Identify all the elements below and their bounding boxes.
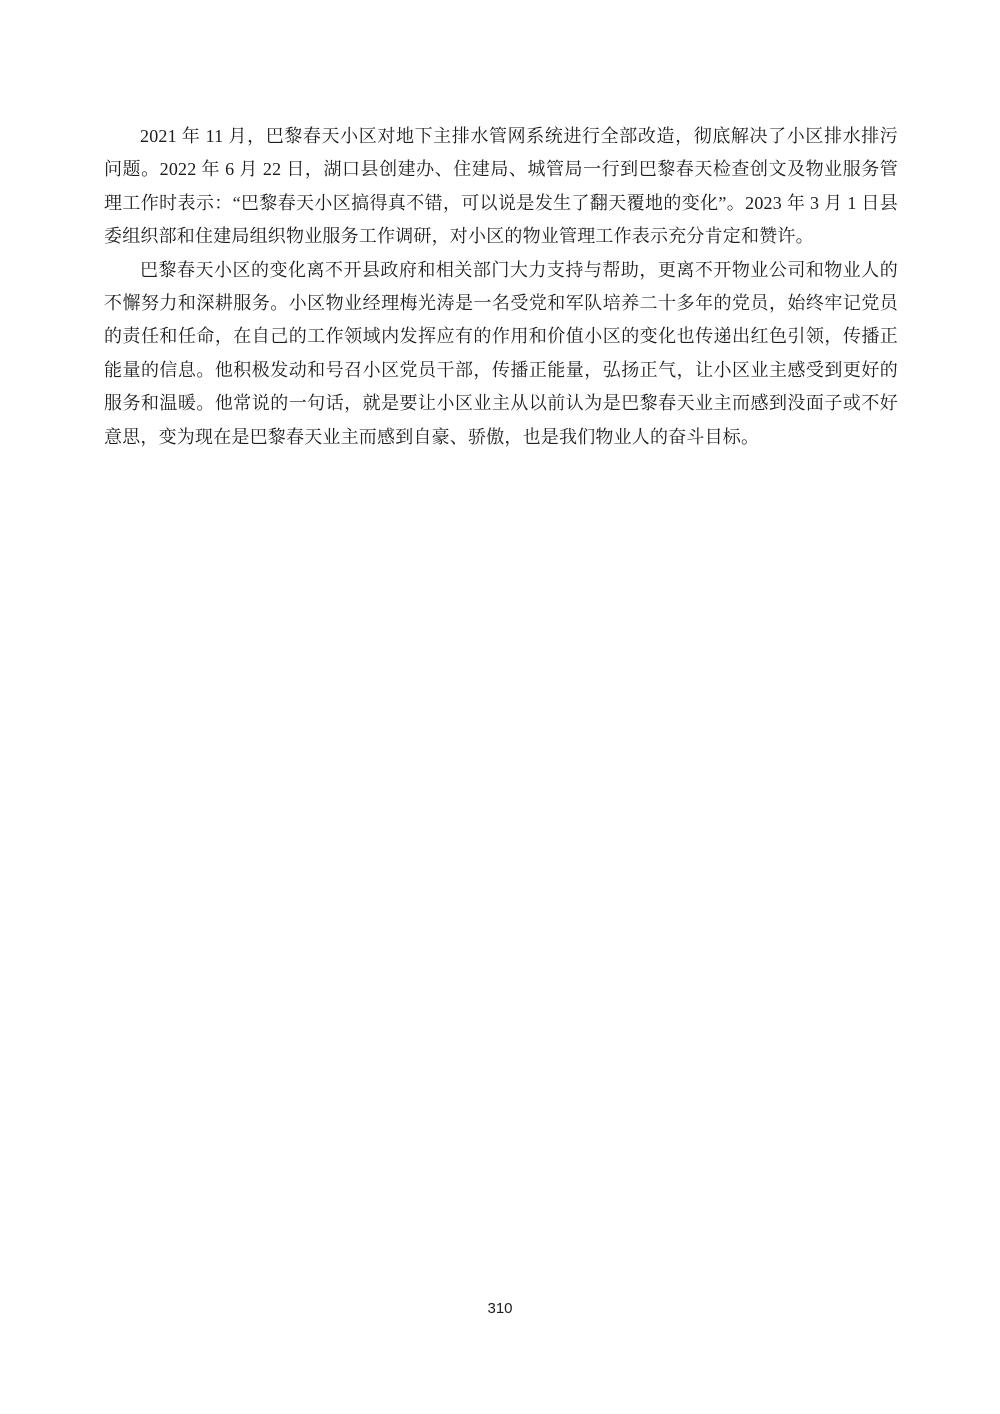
document-page: 2021 年 11 月，巴黎春天小区对地下主排水管网系统进行全部改造，彻底解决了… bbox=[0, 0, 1000, 1414]
page-number: 310 bbox=[0, 1300, 1000, 1317]
paragraph-community-change: 巴黎春天小区的变化离不开县政府和相关部门大力支持与帮助，更离不开物业公司和物业人… bbox=[104, 254, 898, 454]
document-body: 2021 年 11 月，巴黎春天小区对地下主排水管网系统进行全部改造，彻底解决了… bbox=[104, 120, 898, 454]
paragraph-renovation-inspection: 2021 年 11 月，巴黎春天小区对地下主排水管网系统进行全部改造，彻底解决了… bbox=[104, 120, 898, 254]
